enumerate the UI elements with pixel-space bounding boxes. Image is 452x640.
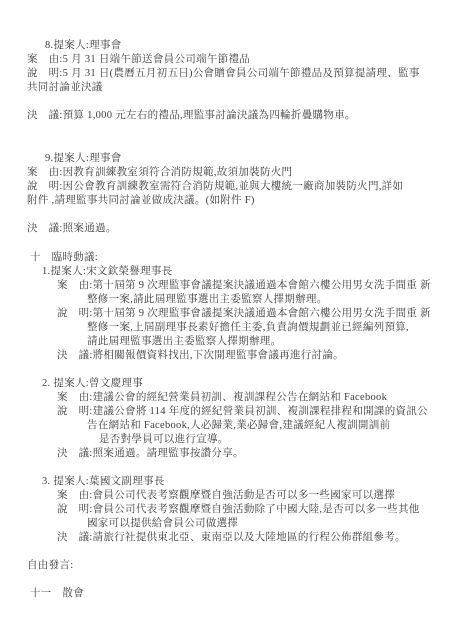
motion-1-explanation-line-2: 整修一案,上屆副理事長素好擔任主委,負責詢價規劃並已經編列預算, xyxy=(0,321,452,335)
proposal-9-explanation-line-1: 說 明:因公會教育訓練教室需符合消防規範,並與大樓統一廠商加裝防火門,詳如 xyxy=(0,180,452,194)
adjournment-heading: 十一 散會 xyxy=(0,587,452,601)
proposal-8-case: 案 由:5 月 31 日端午節送會員公司端午節禮品 xyxy=(0,53,452,67)
motions-section-heading: 十 臨時動議: xyxy=(0,251,452,265)
motion-1-case-line-1: 案 由:第十屆第 9 次理監事會議提案決議通過本會館六樓公用男女洗手間重 新 xyxy=(0,279,452,293)
motion-2-proposer: 2. 提案人:曾文慶理事 xyxy=(0,377,452,391)
motion-3-proposer: 3. 提案人:葉國文副理事長 xyxy=(0,475,452,489)
motion-2-resolution: 決 議:照案通過。請理監事按讚分享。 xyxy=(0,447,452,461)
proposal-8-resolution: 決 議:預算 1,000 元左右的禮品,理監事討論決議為四輪折疊購物車。 xyxy=(0,109,452,123)
motion-1-explanation-line-3: 請此屆理監事選出主委監察人擇期辦理。 xyxy=(0,335,452,349)
motion-3-case: 案 由:會員公司代表考察觀摩暨自強活動是否可以多一些國家可以選擇 xyxy=(0,489,452,503)
motion-1-case-line-2: 整修一案,請此屆理監事選出主委監察人擇期辦理。 xyxy=(0,293,452,307)
proposal-9-resolution: 決 議:照案通過。 xyxy=(0,222,452,236)
motion-2-explanation-line-1: 說 明:建議公會將 114 年度的經紀營業員初訓、複訓課程排程和開課的資訊公 xyxy=(0,405,452,419)
motion-3-resolution: 決 議:請旅行社提供東北亞、東南亞以及大陸地區的行程公佈群組參考。 xyxy=(0,531,452,545)
motion-1-resolution: 決 議:將相關報價資料找出,下次開理監事會議再進行討論。 xyxy=(0,349,452,363)
motion-3-explanation-line-2: 國家可以提供給會員公司做選擇 xyxy=(0,517,452,531)
motion-3-explanation-line-1: 說 明:會員公司代表考察觀摩暨自強活動除了中國大陸,是否可以多一些其他 xyxy=(0,503,452,517)
motion-2-explanation-line-3: 是否對學員可以進行宣導。 xyxy=(0,433,452,447)
proposal-8-explanation-line-1: 說 明:5 月 31 日(農曆五月初五日)公會贈會員公司端午節禮品及預算提請理、… xyxy=(0,67,452,81)
motion-2-case: 案 由:建議公會的經紀營業員初訓、複訓課程公告在網站和 Facebook xyxy=(0,391,452,405)
proposal-9-case: 案 由:因教育訓練教室須符合消防規範,故須加裝防火門 xyxy=(0,166,452,180)
motion-2-explanation-line-2: 告在網站和 Facebook,人必歸業,業必歸會,建議經紀人複訓開訓前 xyxy=(0,419,452,433)
proposal-9-explanation-line-2: 附件 ,請理監事共同討論並做成決議。(如附件 F) xyxy=(0,194,452,208)
document-page: 8.提案人:理事會 案 由:5 月 31 日端午節送會員公司端午節禮品 說 明:… xyxy=(0,0,452,640)
motion-1-explanation-line-1: 說 明:第十屆第 9 次理監事會議提案決議通過本會館六樓公用男女洗手間重 新 xyxy=(0,307,452,321)
proposal-9-header: 9.提案人:理事會 xyxy=(0,152,452,166)
free-speech-heading: 自由發言: xyxy=(0,559,452,573)
proposal-8-header: 8.提案人:理事會 xyxy=(0,39,452,53)
motion-1-proposer: 1.提案人:宋文欽榮譽理事長 xyxy=(0,265,452,279)
proposal-8-explanation-line-2: 共同討論並決議 xyxy=(0,81,452,95)
